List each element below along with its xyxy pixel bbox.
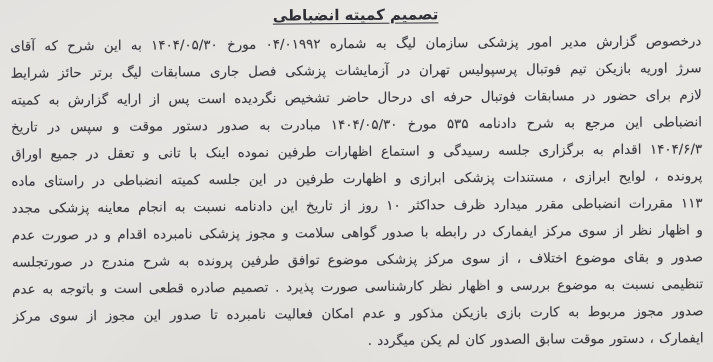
scanned-document-page: تصمیم کمیته انضباطی درخصوص گزارش مدیر ام… [0, 0, 713, 362]
document-title: تصمیم کمیته انضباطی [10, 3, 701, 26]
document-content: تصمیم کمیته انضباطی درخصوص گزارش مدیر ام… [10, 1, 704, 357]
document-body: درخصوص گزارش مدیر امور پزشکی سازمان لیگ … [10, 28, 704, 357]
body-line: ایفمارک ، دستور موقت سابق الصدور کان لم … [13, 325, 704, 357]
